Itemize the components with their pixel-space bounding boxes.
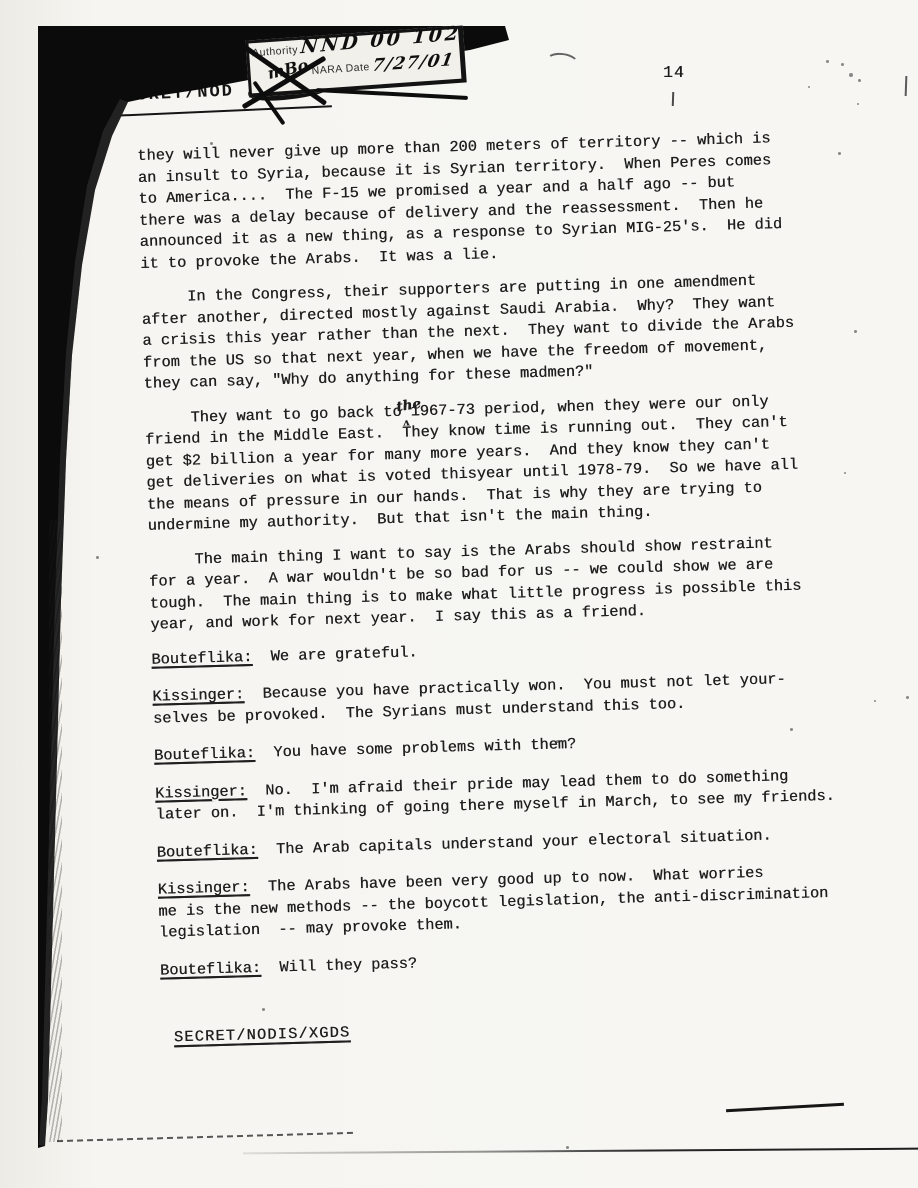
scan-edge-texture	[49, 520, 62, 1142]
scan-edge-artifact	[0, 0, 918, 1188]
scanned-document-page: SECRET/NOD Authority NND 00 102 mBo NARA…	[0, 0, 918, 1188]
